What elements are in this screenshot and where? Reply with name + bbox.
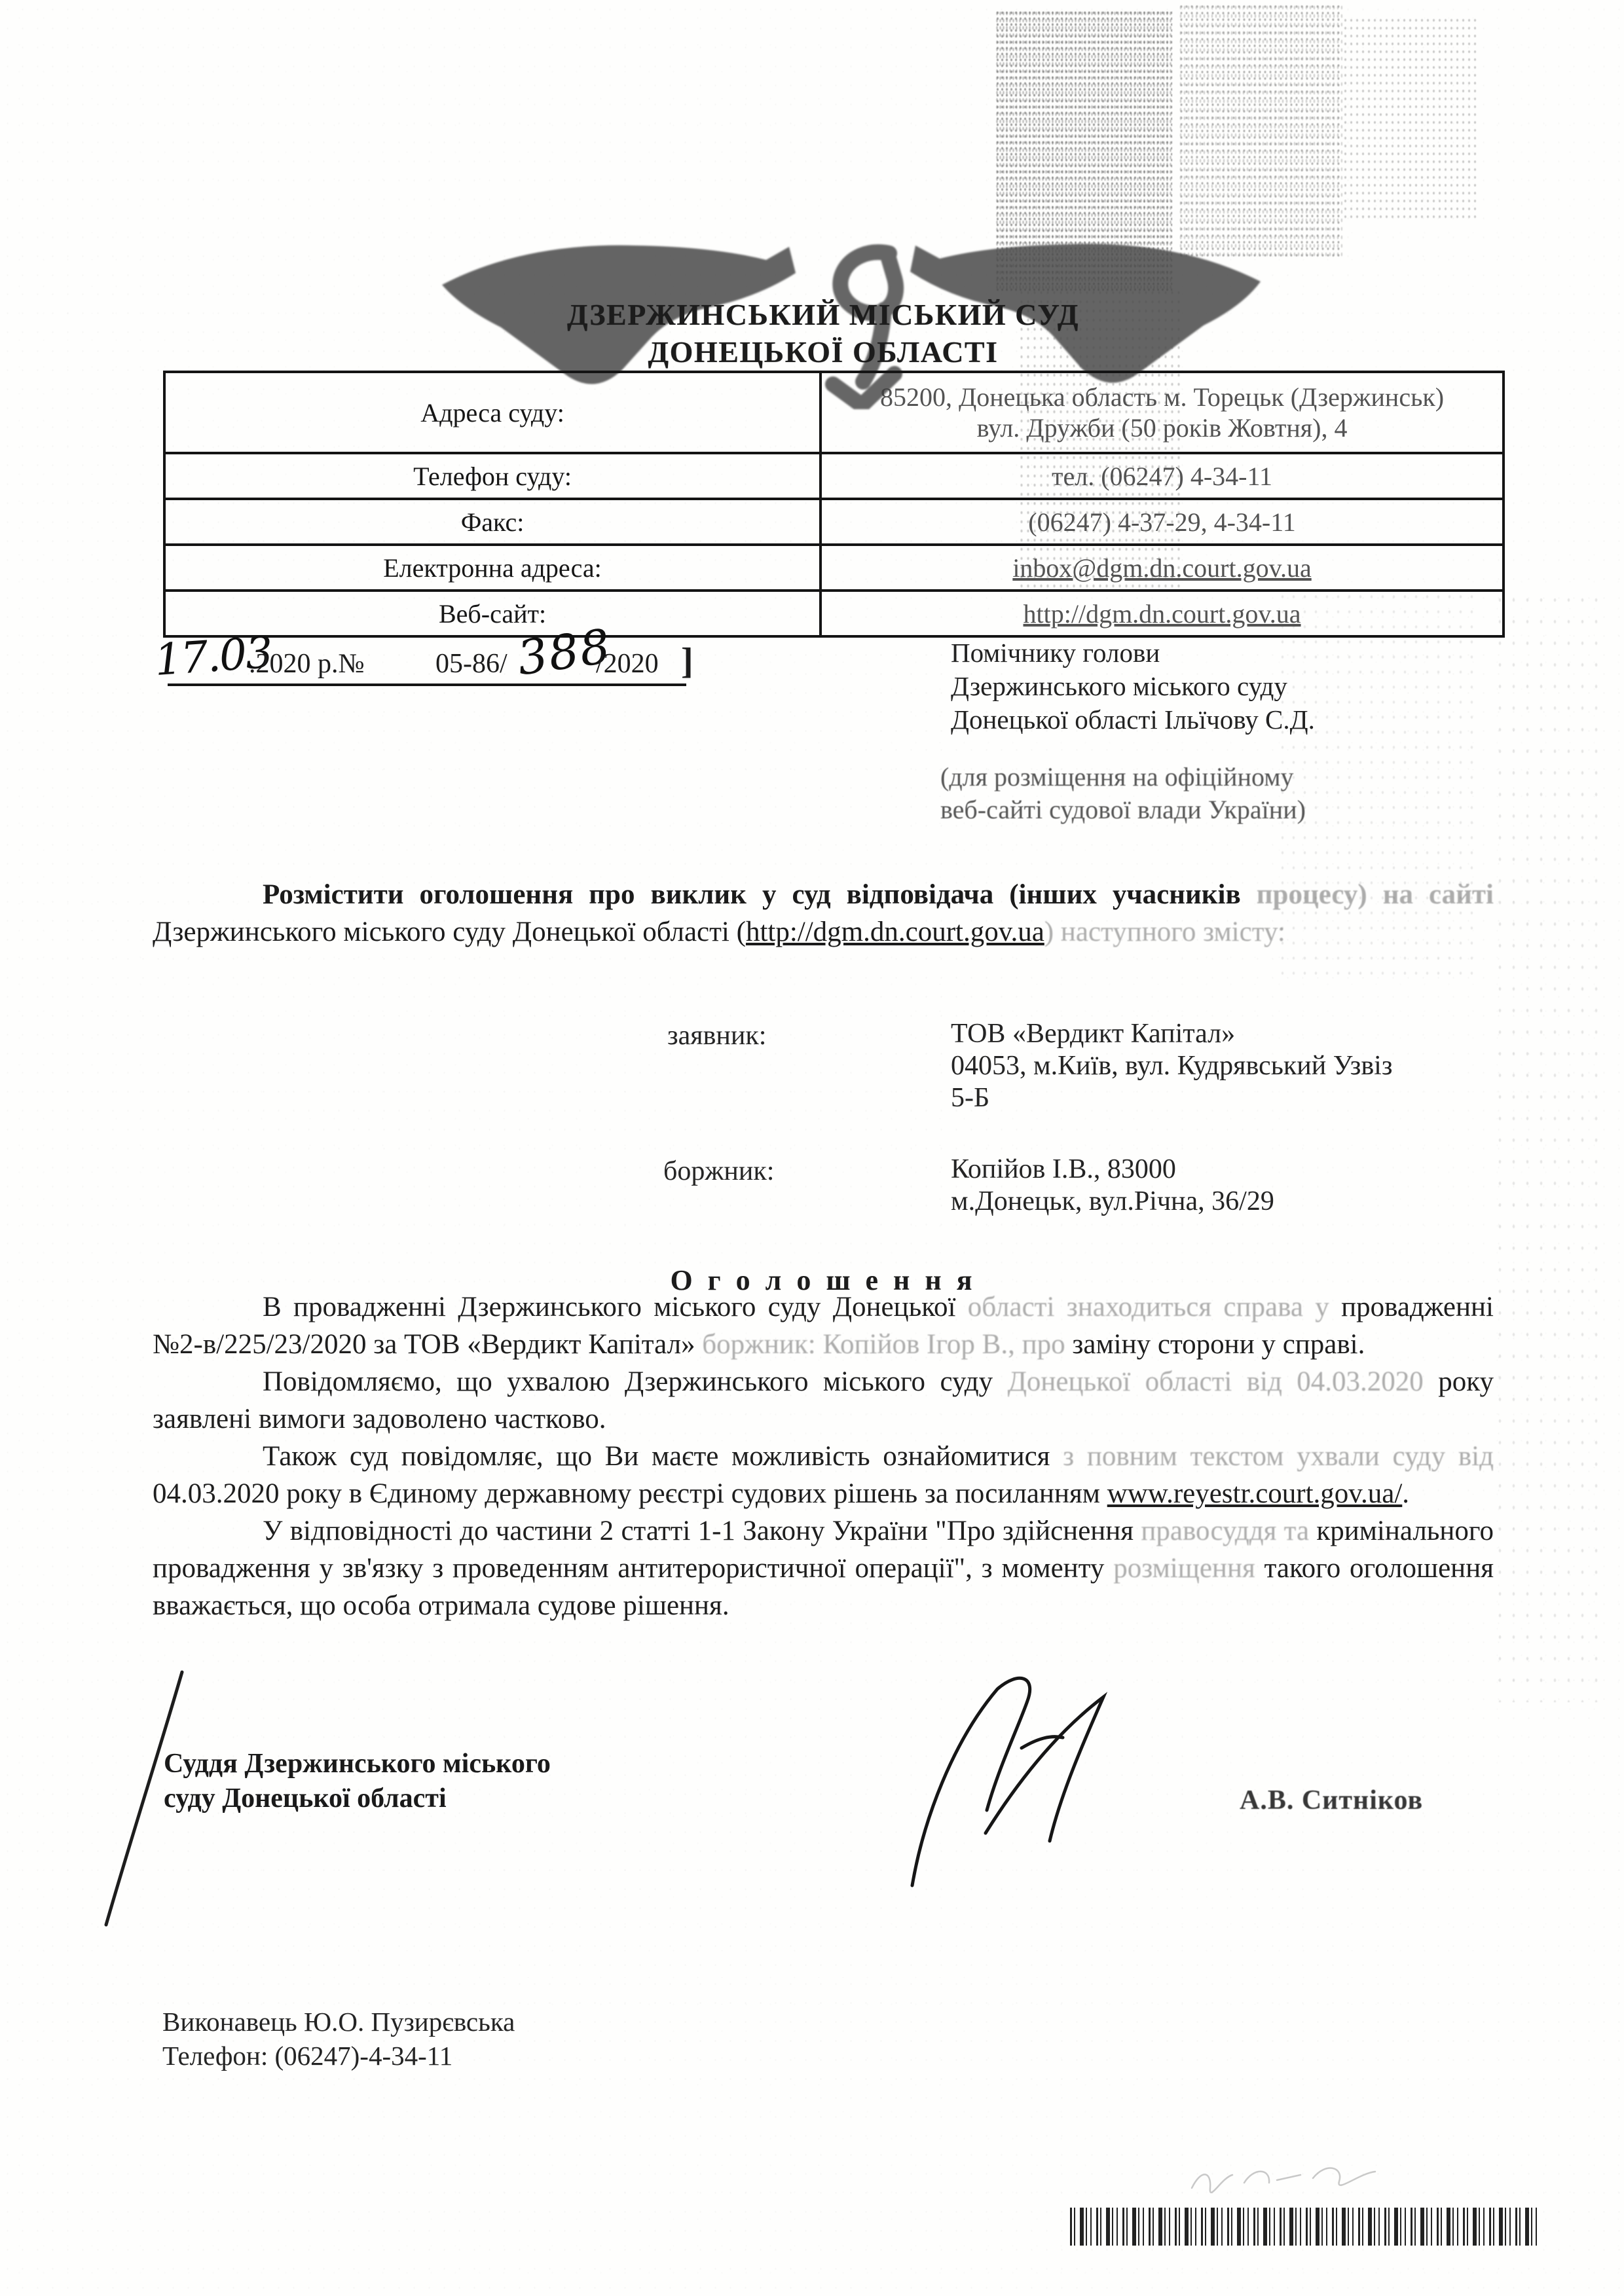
address-line2: вул. Дружби (50 років Жовтня), 4 — [828, 412, 1496, 443]
executor-phone: Телефон: (06247)-4-34-11 — [162, 2039, 515, 2073]
addressee-line3: Донецької області Ільїчову С.Д. — [951, 703, 1315, 737]
placement-note: (для розміщення на офіційному веб-сайті … — [940, 761, 1306, 826]
table-row-fax: Факс: (06247) 4-37-29, 4-34-11 — [164, 499, 1504, 545]
paragraph-text: 04.03.2020 року в Єдиному державному реє… — [153, 1478, 1107, 1509]
court-contact-table: Адреса суду: 85200, Донецька область м. … — [163, 371, 1505, 638]
table-row-address: Адреса суду: 85200, Донецька область м. … — [164, 372, 1504, 453]
judge-title-line2: суду Донецької області — [164, 1781, 551, 1816]
judge-title-line1: Суддя Дзержинського міського — [164, 1747, 551, 1781]
address-label: Адреса суду: — [164, 372, 821, 453]
executor-name: Виконавець Ю.О. Пузирєвська — [162, 2005, 515, 2039]
printed-year-label: .2020 р.№ — [249, 648, 365, 680]
paragraph-text-faded: області знаходиться справа у — [968, 1292, 1341, 1322]
paragraph-text-faded: з повним текстом ухвали суду від — [1063, 1441, 1494, 1472]
address-value: 85200, Донецька область м. Торецьк (Дзер… — [821, 372, 1504, 453]
claimant-details: ТОВ «Вердикт Капітал» 04053, м.Київ, вул… — [951, 1018, 1392, 1114]
announcement-body: В провадженні Дзержинського міського суд… — [153, 1288, 1494, 1624]
placement-order-paragraph: Розмістити оголошення про виклик у суд в… — [153, 876, 1494, 951]
registry-link: www.reyestr.court.gov.ua/ — [1107, 1478, 1403, 1509]
announcement-paragraph-1: В провадженні Дзержинського міського суд… — [153, 1288, 1494, 1363]
placement-note-line2: веб-сайті судової влади України) — [940, 793, 1306, 826]
debtor-address: м.Донецьк, вул.Річна, 36/29 — [951, 1186, 1274, 1218]
paragraph-text-faded: боржник: Копійов Ігор В., про — [702, 1329, 1072, 1360]
table-row-email: Електронна адреса: inbox@dgm.dn.court.go… — [164, 545, 1504, 591]
phone-label: Телефон суду: — [164, 453, 821, 499]
executor-block: Виконавець Ю.О. Пузирєвська Телефон: (06… — [162, 2005, 515, 2073]
paragraph-text-faded: правосуддя та — [1141, 1516, 1316, 1546]
table-row-phone: Телефон суду: тел. (06247) 4-34-11 — [164, 453, 1504, 499]
announcement-paragraph-3: Також суд повідомляє, що Ви маєте можлив… — [153, 1438, 1494, 1512]
barcode — [1070, 2208, 1540, 2246]
order-text: Розмістити оголошення про виклик у суд в… — [263, 879, 1257, 910]
addressee-line2: Дзержинського міського суду — [951, 670, 1315, 703]
paragraph-text: заміну сторони у справі. — [1072, 1329, 1365, 1360]
court-name-line1: ДЗЕРЖИНСЬКИЙ МІСЬКИЙ СУД — [153, 296, 1494, 333]
judge-name: А.В. Ситніков — [1240, 1785, 1423, 1816]
outgoing-ref-line: 17.03 .2020 р.№ 05-86/ 388 /2020 ] — [164, 643, 891, 690]
debtor-label: боржник: — [663, 1156, 774, 1187]
ref-underline — [168, 683, 686, 686]
address-line1: 85200, Донецька область м. Торецьк (Дзер… — [828, 382, 1496, 412]
addressee-line1: Помічнику голови — [951, 636, 1315, 670]
email-value: inbox@dgm.dn.court.gov.ua — [821, 545, 1504, 591]
paragraph-text: Повідомляємо, що ухвалою Дзержинського м… — [263, 1366, 1008, 1397]
paragraph-text: Також суд повідомляє, що Ви маєте можлив… — [263, 1441, 1063, 1472]
ref-number-prefix: 05-86/ — [435, 648, 507, 680]
order-text-faded: ) наступного змісту: — [1044, 917, 1285, 947]
judge-title-block: Суддя Дзержинського міського суду Донець… — [164, 1747, 551, 1816]
closing-bracket: ] — [681, 640, 693, 682]
claimant-address-line2: 5-Б — [951, 1082, 1392, 1114]
judge-signature — [887, 1669, 1195, 1895]
paragraph-text: У відповідності до частини 2 статті 1-1 … — [263, 1516, 1141, 1546]
table-row-website: Веб-сайт: http://dgm.dn.court.gov.ua — [164, 591, 1504, 636]
claimant-name: ТОВ «Вердикт Капітал» — [951, 1018, 1392, 1050]
fax-label: Факс: — [164, 499, 821, 545]
fax-value: (06247) 4-37-29, 4-34-11 — [821, 499, 1504, 545]
order-text-faded: процесу) на сайті — [1257, 879, 1494, 910]
announcement-paragraph-4: У відповідності до частини 2 статті 1-1 … — [153, 1512, 1494, 1624]
scan-noise-right-margin — [1493, 589, 1604, 1702]
paragraph-text: . — [1402, 1478, 1409, 1509]
court-name-line2: ДОНЕЦЬКОЇ ОБЛАСТІ — [153, 333, 1494, 371]
claimant-address-line1: 04053, м.Київ, вул. Кудрявський Узвіз — [951, 1050, 1392, 1082]
court-name: ДЗЕРЖИНСЬКИЙ МІСЬКИЙ СУД ДОНЕЦЬКОЇ ОБЛАС… — [153, 296, 1494, 371]
debtor-name: Копійов І.В., 83000 — [951, 1154, 1274, 1186]
debtor-details: Копійов І.В., 83000 м.Донецьк, вул.Річна… — [951, 1154, 1274, 1218]
claimant-label: заявник: — [667, 1020, 766, 1051]
website-value: http://dgm.dn.court.gov.ua — [821, 591, 1504, 636]
phone-value: тел. (06247) 4-34-11 — [821, 453, 1504, 499]
paragraph-text-faded: розміщення — [1113, 1553, 1264, 1584]
paragraph-text: В провадженні Дзержинського міського суд… — [263, 1292, 968, 1322]
scanned-court-letter-page: ДЗЕРЖИНСЬКИЙ МІСЬКИЙ СУД ДОНЕЦЬКОЇ ОБЛАС… — [0, 0, 1624, 2296]
email-label: Електронна адреса: — [164, 545, 821, 591]
scan-noise-top-right — [1342, 16, 1480, 219]
announcement-paragraph-2: Повідомляємо, що ухвалою Дзержинського м… — [153, 1363, 1494, 1438]
paragraph-text-faded: Донецької області від 04.03.2020 — [1008, 1366, 1439, 1397]
order-text: Дзержинського міського суду Донецької об… — [153, 917, 746, 947]
addressee-block: Помічнику голови Дзержинського міського … — [951, 636, 1315, 737]
court-site-link: http://dgm.dn.court.gov.ua — [746, 917, 1044, 947]
ref-number-suffix: /2020 — [596, 648, 659, 680]
placement-note-line1: (для розміщення на офіційному — [940, 761, 1306, 793]
